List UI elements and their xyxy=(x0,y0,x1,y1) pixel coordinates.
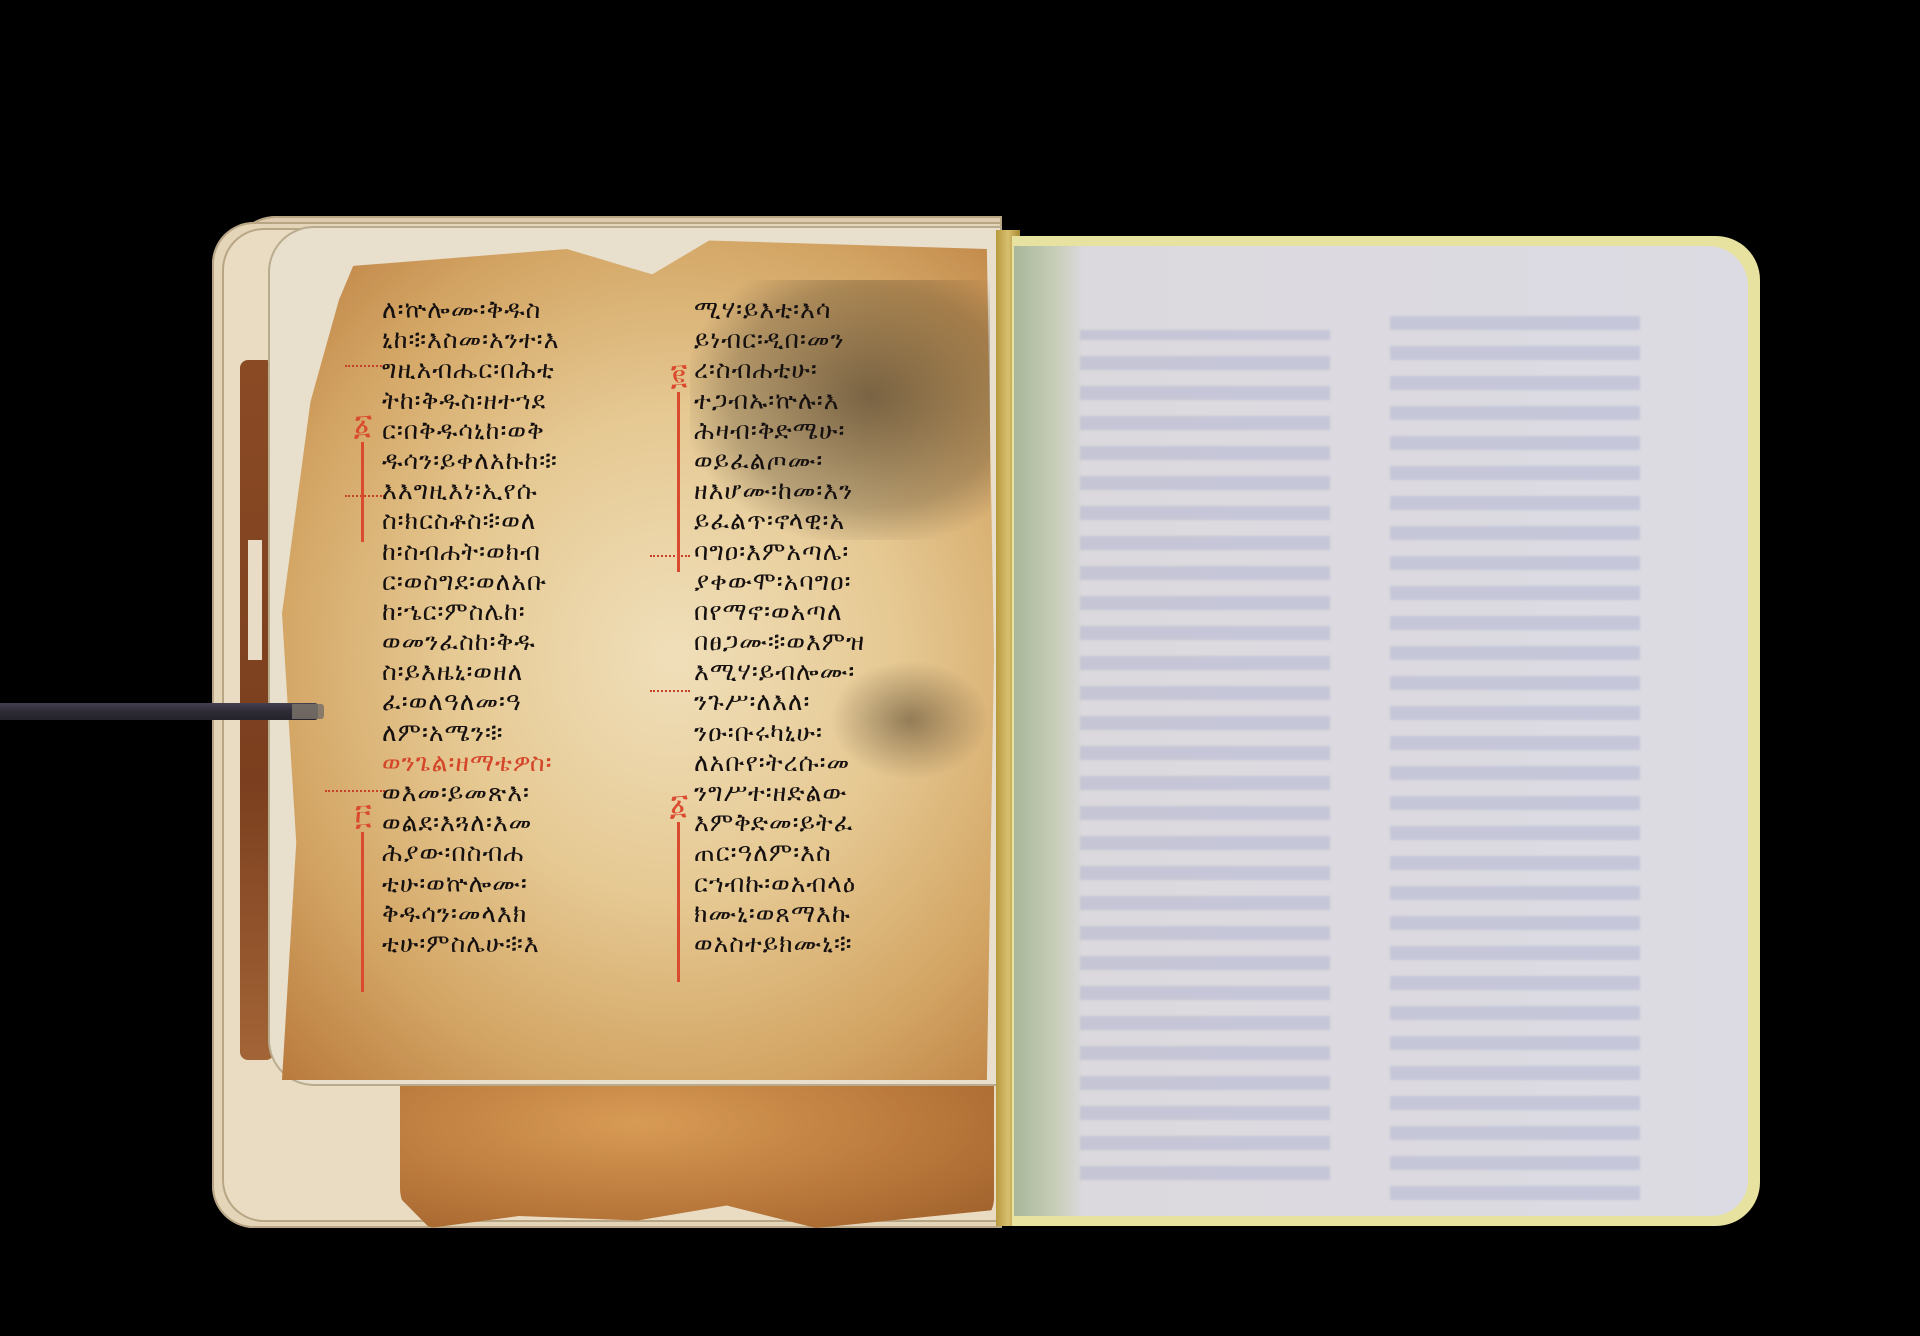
red-stroke xyxy=(677,822,694,982)
text-line: ር፡ወስግደ፡ወለአቡ xyxy=(382,567,682,597)
text-line: በፀጋሙ፨ወእምዝ xyxy=(694,627,994,657)
paper-tear xyxy=(248,540,262,660)
text-column-a: ለ፡ኵሎሙ፡ቅዱስ ኒከ፨እስመ፡አንተ፡እ ግዚአብሔር፡በሕቲ ትከ፡ቅዱስ… xyxy=(382,295,682,959)
text-line: እምቅድመ፡ይትፈ xyxy=(694,808,994,838)
text-line: ለም፡አሜን፨ xyxy=(382,718,682,748)
text-line: ያቀውሞ፡አባግዐ፡ xyxy=(694,567,994,597)
manuscript-photo: ለ፡ኵሎሙ፡ቅዱስ ኒከ፨እስመ፡አንተ፡እ ግዚአብሔር፡በሕቲ ትከ፡ቅዱስ… xyxy=(0,0,1920,1336)
red-stroke xyxy=(361,832,378,992)
text-line: ጠር፡ዓለም፡እስ xyxy=(694,838,994,868)
bleed-through-text-column xyxy=(1390,300,1640,1200)
margin-numeral: ፪ xyxy=(664,360,694,572)
text-line: ወይፈልጦሙ፡ xyxy=(694,446,994,476)
red-dotted-rule xyxy=(345,365,385,369)
text-line: ቅዱሳን፡መላእክ xyxy=(382,899,682,929)
text-line: ስ፡ይእዜኒ፡ወዘለ xyxy=(382,657,682,687)
text-line: በየማኖ፡ወአጣለ xyxy=(694,597,994,627)
text-line: ይፈልጥ፡ኖላዊ፡አ xyxy=(694,506,994,536)
text-line: ይነብር፡ዲበ፡መን xyxy=(694,325,994,355)
text-line: ከ፡ኄር፡ምስሌከ፡ xyxy=(382,597,682,627)
text-line: ተጋብኡ፡ኵሉ፡እ xyxy=(694,386,994,416)
pointer-stick xyxy=(0,703,318,720)
text-line: ወልደ፡እጓለ፡እመ xyxy=(382,808,682,838)
text-column-b: ሚሃ፡ይእቲ፡እሳ ይነብር፡ዲበ፡መን ረ፡ስብሐቲሁ፡ ተጋብኡ፡ኵሉ፡እ … xyxy=(694,295,994,959)
text-line: ዱሳን፡ይቀለአኩከ፨ xyxy=(382,446,682,476)
text-line: ክሙኒ፡ወጸማእኩ xyxy=(694,899,994,929)
text-line: ቲሁ፡ወኵሎሙ፡ xyxy=(382,869,682,899)
red-stroke xyxy=(677,392,694,572)
text-line: ወአስተይክሙኒ፨ xyxy=(694,929,994,959)
text-line: ርኀብኩ፡ወአብላዕ xyxy=(694,869,994,899)
text-line: ወእመ፡ይመጽእ፡ xyxy=(382,778,682,808)
red-dotted-rule xyxy=(325,790,385,794)
bleed-through-text-column xyxy=(1080,330,1330,1180)
numeral-glyph: ፪ xyxy=(664,360,694,392)
text-line: ለአቡየ፡ትረሱ፡መ xyxy=(694,748,994,778)
text-line: ለ፡ኵሎሙ፡ቅዱስ xyxy=(382,295,682,325)
text-line: ንግሥተ፡ዘድልው xyxy=(694,778,994,808)
pointer-tip xyxy=(292,704,324,719)
text-line: ግዚአብሔር፡በሕቲ xyxy=(382,355,682,385)
text-line: እሚሃ፡ይብሎሙ፡ xyxy=(694,657,994,687)
text-line: ሕያው፡በስብሐ xyxy=(382,838,682,868)
red-stroke xyxy=(361,442,378,542)
text-line: እእግዚእነ፡ኢየሱ xyxy=(382,476,682,506)
numeral-glyph: ፫ xyxy=(348,800,378,832)
margin-numeral: ፫ xyxy=(348,800,378,992)
text-line: ዘእሆሙ፡ከመ፡እን xyxy=(694,476,994,506)
lower-parchment-fragment xyxy=(400,1078,994,1228)
numeral-glyph: ፩ xyxy=(664,790,694,822)
rubric-line: ወንጌል፡ዘማቴዎስ፡ xyxy=(382,748,682,778)
text-line: ሕዛብ፡ቅድሜሁ፡ xyxy=(694,416,994,446)
text-line: ሚሃ፡ይእቲ፡እሳ xyxy=(694,295,994,325)
text-line: ከ፡ስብሐት፡ወክብ xyxy=(382,537,682,567)
text-line: ንጉሥ፡ለእለ፡ xyxy=(694,687,994,717)
text-line: ንዑ፡ቡሩካኒሁ፡ xyxy=(694,718,994,748)
numeral-glyph: ፩ xyxy=(348,410,378,442)
text-line: ስ፡ክርስቶስ፨ወለ xyxy=(382,506,682,536)
text-line: ትከ፡ቅዱስ፡ዘተኀደ xyxy=(382,386,682,416)
text-line: ር፡በቅዱሳኒከ፡ወቅ xyxy=(382,416,682,446)
margin-numeral: ፩ xyxy=(348,410,378,542)
text-line: ፈ፡ወለዓለመ፡ዓ xyxy=(382,687,682,717)
text-line: ባግዐ፡እምአጣሌ፡ xyxy=(694,537,994,567)
text-line: ቲሁ፡ምስሌሁ፨እ xyxy=(382,929,682,959)
text-line: ረ፡ስብሐቲሁ፡ xyxy=(694,355,994,385)
margin-numeral: ፩ xyxy=(664,790,694,982)
text-line: ኒከ፨እስመ፡አንተ፡እ xyxy=(382,325,682,355)
text-line: ወመንፈስከ፡ቅዱ xyxy=(382,627,682,657)
